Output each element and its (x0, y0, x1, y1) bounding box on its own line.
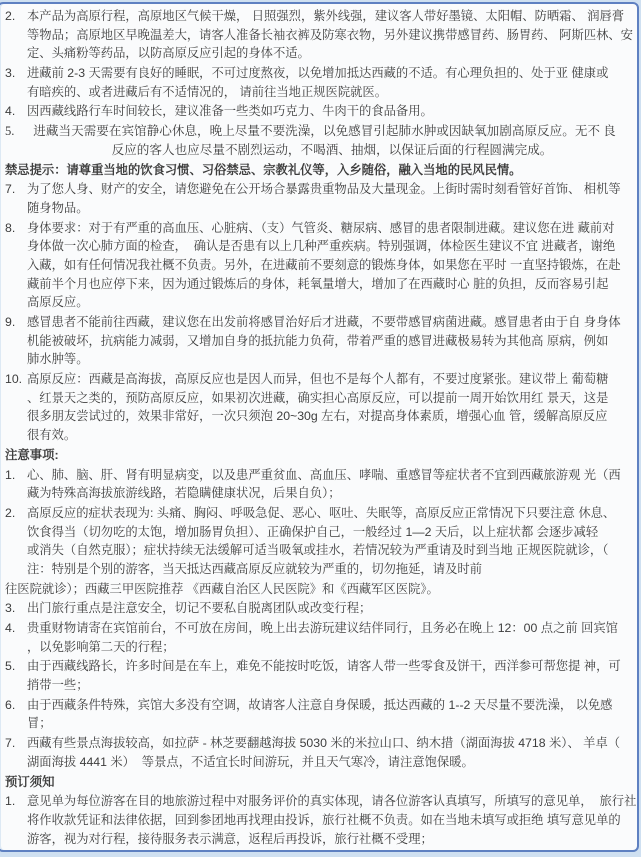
list-item: 2.本产品为高原行程，高原地区气候干燥， 日照强烈，紫外线强，建议客人带好墨镜、… (5, 7, 637, 63)
item-number: 3. (5, 599, 27, 618)
text-line: 入藏，如有任何情况我社概不负责。另外，在进藏前不要刻意的锻炼身体，如果您在平时 … (27, 256, 637, 275)
item-number: 4. (5, 102, 27, 121)
item-number: 1. (5, 466, 27, 485)
list-item: 3.出门旅行重点是注意安全，切记不要私自脱离团队或改变行程； (5, 599, 637, 618)
text-line: 感冒患者不能前往西藏，建议您在出发前将感冒治好后才进藏，不要带感冒病菌进藏。感冒… (27, 313, 637, 332)
item-text: 感冒患者不能前往西藏，建议您在出发前将感冒治好后才进藏，不要带感冒病菌进藏。感冒… (27, 313, 637, 369)
item-number: 7. (5, 180, 27, 199)
item-number: 5. (5, 122, 27, 141)
text-line: 饮食得当（切勿吃的太饱，增加肠胃负担）、正确保护自己，一般经过 1—2 天后，以… (27, 523, 637, 542)
item-number: 7. (5, 734, 27, 753)
item-text: 由于西藏线路长，许多时间是在车上，难免不能按时吃饭，请客人带一些零食及饼干，西洋… (27, 657, 637, 694)
text-line: 游客，视为对行程，接待服务表示满意，返程后再投诉，旅行社概不受理； (27, 830, 637, 849)
text-line: 反应的客人也应尽量不剧烈运动，不喝酒、抽烟，以保证后面的行程圆满完成。 (27, 141, 637, 160)
list-item: 8.身体要求：对于有严重的高血压、心脏病、（支）气管炎、糖尿病、感冒的患者限制进… (5, 219, 637, 312)
item-text: 身体要求：对于有严重的高血压、心脏病、（支）气管炎、糖尿病、感冒的患者限制进藏。… (27, 219, 637, 312)
item-text: 往医院就诊）；西藏三甲医院推荐 《西藏自治区人民医院》和《西藏军区医院》。 (5, 580, 637, 599)
text-line: 贵重财物请寄在宾馆前台，不可放在房间，晚上出去游玩建议结伴同行，且务必在晚上 1… (27, 619, 637, 638)
text-line: 藏为特殊高海拔旅游线路，若隐瞒健康状况，后果自负）； (27, 484, 637, 503)
text-line: 往医院就诊）；西藏三甲医院推荐 《西藏自治区人民医院》和《西藏军区医院》。 (5, 580, 637, 599)
text-line: 随身物品。 (27, 199, 637, 218)
text-line: 高原反应的症状表现为: 头痛、胸闷、呼吸急促、恶心、呕吐、失眠等，高原反应正常情… (27, 504, 637, 523)
text-line: 高原反应：西藏是高海拔，高原反应也是因人而异，但也不是每个人都有，不要过度紧张。… (27, 370, 637, 389)
item-text: 高原反应：西藏是高海拔，高原反应也是因人而异，但也不是每个人都有，不要过度紧张。… (27, 370, 637, 445)
item-text: 进藏当天需要在宾馆静心休息，晚上尽量不要洗澡，以免感冒引起肺水肿或因缺氧加剧高原… (27, 122, 637, 159)
text-line: 等物品；高原地区早晚温差大，请客人准备长袖衣裤及防寒衣物，另外建议携带感冒药、肠… (27, 26, 637, 45)
notes-heading: 注意事项: (5, 446, 637, 465)
text-line: 注：特别是个别的游客，当天抵达西藏高原反应就较为严重的，切勿拖延，请及时前 (27, 560, 637, 579)
item-number: 3. (5, 64, 27, 83)
text-line: 进藏前 2-3 天需要有良好的睡眠，不可过度熬夜，以免增加抵达西藏的不适。有心理… (27, 64, 637, 83)
text-line: ，以免影响第二天的行程； (27, 638, 637, 657)
item-number: 10. (5, 370, 27, 389)
list-item: 7.西藏有些景点海拔较高，如拉萨 - 林芝要翻越海拔 5030 米的米拉山口、纳… (5, 734, 637, 771)
list-item: 2.高原反应的症状表现为: 头痛、胸闷、呼吸急促、恶心、呕吐、失眠等，高原反应正… (5, 504, 637, 579)
text-line: 捎带一些； (27, 676, 637, 695)
item-number: 9. (5, 313, 27, 332)
list-item: 1.意见单为每位游客在目的地旅游过程中对服务评价的真实体现，请各位游客认真填写，… (5, 792, 637, 848)
item-text: 禁忌提示：请尊重当地的饮食习惯、习俗禁忌、宗教礼仪等，入乡随俗，融入当地的民风民… (5, 161, 637, 180)
item-text: 出门旅行重点是注意安全，切记不要私自脱离团队或改变行程； (27, 599, 637, 618)
item-text: 由于西藏条件特殊，宾馆大多没有空调，故请客人注意自身保暖，抵达西藏的 1--2 … (27, 696, 637, 733)
item-text: 为了您人身、财产的安全，请您避免在公开场合暴露贵重物品及大量现金。上街时需时刻看… (27, 180, 637, 217)
text-line: 心、肺、脑、肝、肾有明显病变，以及患严重贫血、高血压、哮喘、重感冒等症状者不宜到… (27, 466, 637, 485)
item-number: 4. (5, 619, 27, 638)
item-number: 2. (5, 504, 27, 523)
flush-note-line: 往医院就诊）；西藏三甲医院推荐 《西藏自治区人民医院》和《西藏军区医院》。 (5, 580, 637, 599)
text-line: 西藏有些景点海拔较高，如拉萨 - 林芝要翻越海拔 5030 米的米拉山口、纳木措… (27, 734, 637, 753)
text-line: 定、头痛粉等药品，以防高原反应引起的身体不适。 (27, 44, 637, 63)
notes-list: 1.心、肺、脑、肝、肾有明显病变，以及患严重贫血、高血压、哮喘、重感冒等症状者不… (5, 466, 637, 772)
item-number: 6. (5, 696, 27, 715)
list-item: 4.因西藏线路行车时间较长，建议准备一些类如巧克力、牛肉干的食品备用。 (5, 102, 637, 121)
text-line: 出门旅行重点是注意安全，切记不要私自脱离团队或改变行程； (27, 599, 637, 618)
text-line: 有暗疾的、或者进藏后有不适情况的， 请前往当地正规医院就医。 (27, 83, 637, 102)
item-text: 高原反应的症状表现为: 头痛、胸闷、呼吸急促、恶心、呕吐、失眠等，高原反应正常情… (27, 504, 637, 579)
list-item: 5.由于西藏线路长，许多时间是在车上，难免不能按时吃饭，请客人带一些零食及饼干，… (5, 657, 637, 694)
text-line: 由于西藏条件特殊，宾馆大多没有空调，故请客人注意自身保暖，抵达西藏的 1--2 … (27, 696, 637, 715)
item-text: 进藏前 2-3 天需要有良好的睡眠，不可过度熬夜，以免增加抵达西藏的不适。有心理… (27, 64, 637, 101)
text-line: 冒； (27, 714, 637, 733)
text-line: 禁忌提示：请尊重当地的饮食习惯、习俗禁忌、宗教礼仪等，入乡随俗，融入当地的民风民… (5, 161, 637, 180)
item-text: 意见单为每位游客在目的地旅游过程中对服务评价的真实体现，请各位游客认真填写，所填… (27, 792, 637, 848)
item-number: 8. (5, 219, 27, 238)
text-line: 、红景天之类的，预防高原反应，如果初次进藏，确实担心高原反应，可以提前一周开始饮… (27, 389, 637, 408)
text-line: 很有效。 (27, 426, 637, 445)
item-text: 西藏有些景点海拔较高，如拉萨 - 林芝要翻越海拔 5030 米的米拉山口、纳木措… (27, 734, 637, 771)
text-line: 机能被破坏，抗病能力减弱，又增加自身的抵抗能力负荷，带着严重的感冒进藏极易转为其… (27, 332, 637, 351)
list-item: 6.由于西藏条件特殊，宾馆大多没有空调，故请客人注意自身保暖，抵达西藏的 1--… (5, 696, 637, 733)
booking-notes-list: 1.意见单为每位游客在目的地旅游过程中对服务评价的真实体现，请各位游客认真填写，… (5, 792, 637, 848)
item-number: 1. (5, 792, 27, 811)
text-line: 本产品为高原行程，高原地区气候干燥， 日照强烈，紫外线强，建议客人带好墨镜、太阳… (27, 7, 637, 26)
flush-note-line: 禁忌提示：请尊重当地的饮食习惯、习俗禁忌、宗教礼仪等，入乡随俗，融入当地的民风民… (5, 161, 637, 180)
list-item: 7.为了您人身、财产的安全，请您避免在公开场合暴露贵重物品及大量现金。上街时需时… (5, 180, 637, 217)
text-line: 身体做一次心肺方面的检查， 确认是否患有以上几种严重疾病。特别强调，体检医生建议… (27, 237, 637, 256)
list-item: 9.感冒患者不能前往西藏，建议您在出发前将感冒治好后才进藏，不要带感冒病菌进藏。… (5, 313, 637, 369)
text-line: 进藏当天需要在宾馆静心休息，晚上尽量不要洗澡，以免感冒引起肺水肿或因缺氧加剧高原… (27, 122, 637, 141)
text-line: 为了您人身、财产的安全，请您避免在公开场合暴露贵重物品及大量现金。上街时需时刻看… (27, 180, 637, 199)
list-item: 1.心、肺、脑、肝、肾有明显病变，以及患严重贫血、高血压、哮喘、重感冒等症状者不… (5, 466, 637, 503)
text-line: 将作收款凭证和法律依据，回到参团地再找理由投诉，旅行社概不负责。如在当地未填写或… (27, 811, 637, 830)
text-line: 藏前半个月也应停下来，因为通过锻炼后的身体，耗氧量增大，增加了在西藏时心 脏的负… (27, 275, 637, 294)
booking-heading: 预订须知 (5, 773, 637, 792)
text-line: 意见单为每位游客在目的地旅游过程中对服务评价的真实体现，请各位游客认真填写，所填… (27, 792, 637, 811)
list-item: 10.高原反应：西藏是高海拔，高原反应也是因人而异，但也不是每个人都有，不要过度… (5, 370, 637, 445)
text-line: 身体要求：对于有严重的高血压、心脏病、（支）气管炎、糖尿病、感冒的患者限制进藏。… (27, 219, 637, 238)
text-line: 高原反应。 (27, 293, 637, 312)
item-number: 2. (5, 7, 27, 26)
item-text: 因西藏线路行车时间较长，建议准备一些类如巧克力、牛肉干的食品备用。 (27, 102, 637, 121)
text-line: 或消失（自然克服）；症状持续无法缓解可适当吸氧或挂水，若情况较为严重请及时到当地… (27, 541, 637, 560)
item-text: 本产品为高原行程，高原地区气候干燥， 日照强烈，紫外线强，建议客人带好墨镜、太阳… (27, 7, 637, 63)
text-line: 由于西藏线路长，许多时间是在车上，难免不能按时吃饭，请客人带一些零食及饼干，西洋… (27, 657, 637, 676)
item-number: 5. (5, 657, 27, 676)
item-text: 心、肺、脑、肝、肾有明显病变，以及患严重贫血、高血压、哮喘、重感冒等症状者不宜到… (27, 466, 637, 503)
travel-notice-document: 2.本产品为高原行程，高原地区气候干燥， 日照强烈，紫外线强，建议客人带好墨镜、… (0, 2, 639, 852)
text-line: 湖面海拔 4441 米） 等景点，不适宜长时间游玩，并且天气寒冷，请注意饱保暖。 (27, 753, 637, 772)
pre-trip-tips-list: 2.本产品为高原行程，高原地区气候干燥， 日照强烈，紫外线强，建议客人带好墨镜、… (5, 7, 637, 445)
text-line: 很多朋友尝试过的，效果非常好，一次只须泡 20~30g 左右，对提高身体素质，增… (27, 407, 637, 426)
list-item: 4.贵重财物请寄在宾馆前台，不可放在房间，晚上出去游玩建议结伴同行，且务必在晚上… (5, 619, 637, 656)
item-text: 贵重财物请寄在宾馆前台，不可放在房间，晚上出去游玩建议结伴同行，且务必在晚上 1… (27, 619, 637, 656)
text-line: 肺水肿等。 (27, 350, 637, 369)
list-item: 5. 进藏当天需要在宾馆静心休息，晚上尽量不要洗澡，以免感冒引起肺水肿或因缺氧加… (5, 122, 637, 159)
list-item: 3.进藏前 2-3 天需要有良好的睡眠，不可过度熬夜，以免增加抵达西藏的不适。有… (5, 64, 637, 101)
text-line: 因西藏线路行车时间较长，建议准备一些类如巧克力、牛肉干的食品备用。 (27, 102, 637, 121)
